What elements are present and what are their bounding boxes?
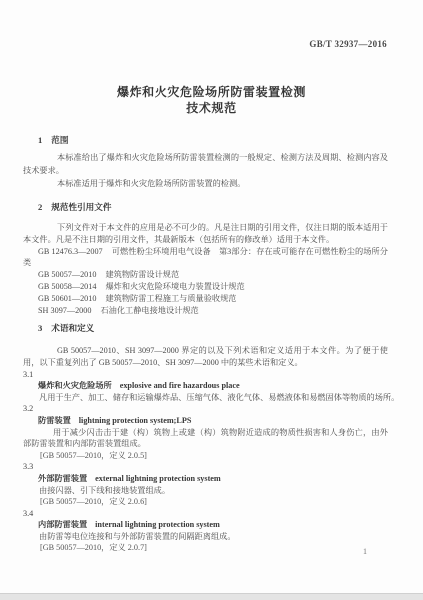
document-title-line1: 爆炸和火灾危险场所防雷装置检测 [0,84,423,100]
term-number: 3.2 [23,403,388,415]
section-title: 术语和定义 [51,323,94,333]
paragraph: 下列文件对于本文件的应用是必不可少的。凡是注日期的引用文件，仅注日期的版本适用于… [23,222,388,246]
term-title: 外部防雷装置external lightning protection syst… [23,473,388,485]
page-body: 1范围 本标准给出了爆炸和火灾危险场所防雷装置检测的一般规定、检测方法及周期、检… [0,135,423,554]
reference-title: 石油化工静电接地设计规范 [100,306,198,315]
reference-item: GB 50058—2014爆炸和火灾危险环境电力装置设计规范 [23,281,388,293]
section-number: 2 [38,202,42,212]
term-entry: 3.4 内部防雷装置internal lightning protection … [23,508,388,554]
term-title: 防雷装置lightning protection system;LPS [23,415,388,427]
section-number: 1 [38,135,42,145]
term-source: [GB 50057—2010，定义 2.0.7] [23,542,388,554]
paragraph: 本标准适用于爆炸和火灾危险场所防雷装置的检测。 [23,177,388,190]
document-title-line2: 技术规范 [0,100,423,116]
term-entry: 3.3 外部防雷装置external lightning protection … [23,461,388,507]
reference-code: GB 50601—2010 [38,294,96,303]
page-number: 1 [363,547,367,556]
section-heading-terms: 3术语和定义 [23,323,388,334]
reference-title: 建筑物防雷工程施工与质量验收规范 [105,294,236,303]
section-heading-references: 2规范性引用文件 [23,202,388,213]
paragraph: GB 50057—2010、SH 3097—2000 界定的以及下列术语和定义适… [23,345,388,368]
term-name-zh: 防雷装置 [38,416,71,425]
term-definition: 用于减少闪击击于建（构）筑物上或建（构）筑物附近造成的物质性损害和人身伤亡，由外… [23,427,388,450]
term-name-en: lightning protection system;LPS [79,416,192,425]
scan-page-edge [0,593,423,600]
term-name-en: external lightning protection system [95,474,221,483]
term-name-en: explosive and fire hazardous place [120,381,240,390]
reference-code: GB 50057—2010 [38,270,96,279]
reference-item: GB 12476.3—2007可燃性粉尘环境用电气设备 第3部分：存在或可能存在… [23,246,388,270]
term-source: [GB 50057—2010，定义 2.0.6] [23,496,388,508]
reference-item: GB 50601—2010建筑物防雷工程施工与质量验收规范 [23,293,388,305]
term-name-en: internal lightning protection system [95,520,220,529]
section-title: 规范性引用文件 [51,202,111,212]
reference-title: 爆炸和火灾危险环境电力装置设计规范 [105,282,244,291]
term-definition: 由防雷等电位连接和与外部防雷装置的间隔距离组成。 [23,531,388,543]
reference-title: 建筑物防雷设计规范 [105,270,179,279]
term-name-zh: 内部防雷装置 [38,520,87,529]
section-title: 范围 [51,135,68,145]
section-heading-scope: 1范围 [23,135,388,146]
paragraph: 本标准给出了爆炸和火灾危险场所防雷装置检测的一般规定、检测方法及周期、检测内容及… [23,151,388,177]
standard-number: GB/T 32937—2016 [0,0,423,50]
term-entry: 3.1 爆炸和火灾危险场所explosive and fire hazardou… [23,369,388,404]
term-title: 爆炸和火灾危险场所explosive and fire hazardous pl… [23,380,388,392]
term-entry: 3.2 防雷装置lightning protection system;LPS … [23,403,388,461]
term-title: 内部防雷装置internal lightning protection syst… [23,519,388,531]
document-page: GB/T 32937—2016 爆炸和火灾危险场所防雷装置检测 技术规范 1范围… [0,0,423,600]
reference-code: SH 3097—2000 [38,306,91,315]
term-definition: 由接闪器、引下线和接地装置组成。 [23,485,388,497]
section-number: 3 [38,323,42,333]
section-scope: 1范围 本标准给出了爆炸和火灾危险场所防雷装置检测的一般规定、检测方法及周期、检… [23,135,388,190]
reference-item: GB 50057—2010建筑物防雷设计规范 [23,269,388,281]
reference-code: GB 50058—2014 [38,282,96,291]
term-number: 3.3 [23,461,388,473]
term-definition: 凡用于生产、加工、储存和运输爆炸品、压缩气体、液化气体、易燃液体和易燃固体等物质… [23,392,388,404]
section-terms-definitions: 3术语和定义 GB 50057—2010、SH 3097—2000 界定的以及下… [23,323,388,554]
term-source: [GB 50057—2010，定义 2.0.5] [23,450,388,462]
reference-code: GB 12476.3—2007 [38,247,103,256]
term-number: 3.1 [23,369,388,381]
term-name-zh: 外部防雷装置 [38,474,87,483]
term-name-zh: 爆炸和火灾危险场所 [38,381,112,390]
reference-list: GB 12476.3—2007可燃性粉尘环境用电气设备 第3部分：存在或可能存在… [23,246,388,317]
reference-item: SH 3097—2000石油化工静电接地设计规范 [23,305,388,317]
section-normative-references: 2规范性引用文件 下列文件对于本文件的应用是必不可少的。凡是注日期的引用文件，仅… [23,202,388,316]
term-number: 3.4 [23,508,388,520]
